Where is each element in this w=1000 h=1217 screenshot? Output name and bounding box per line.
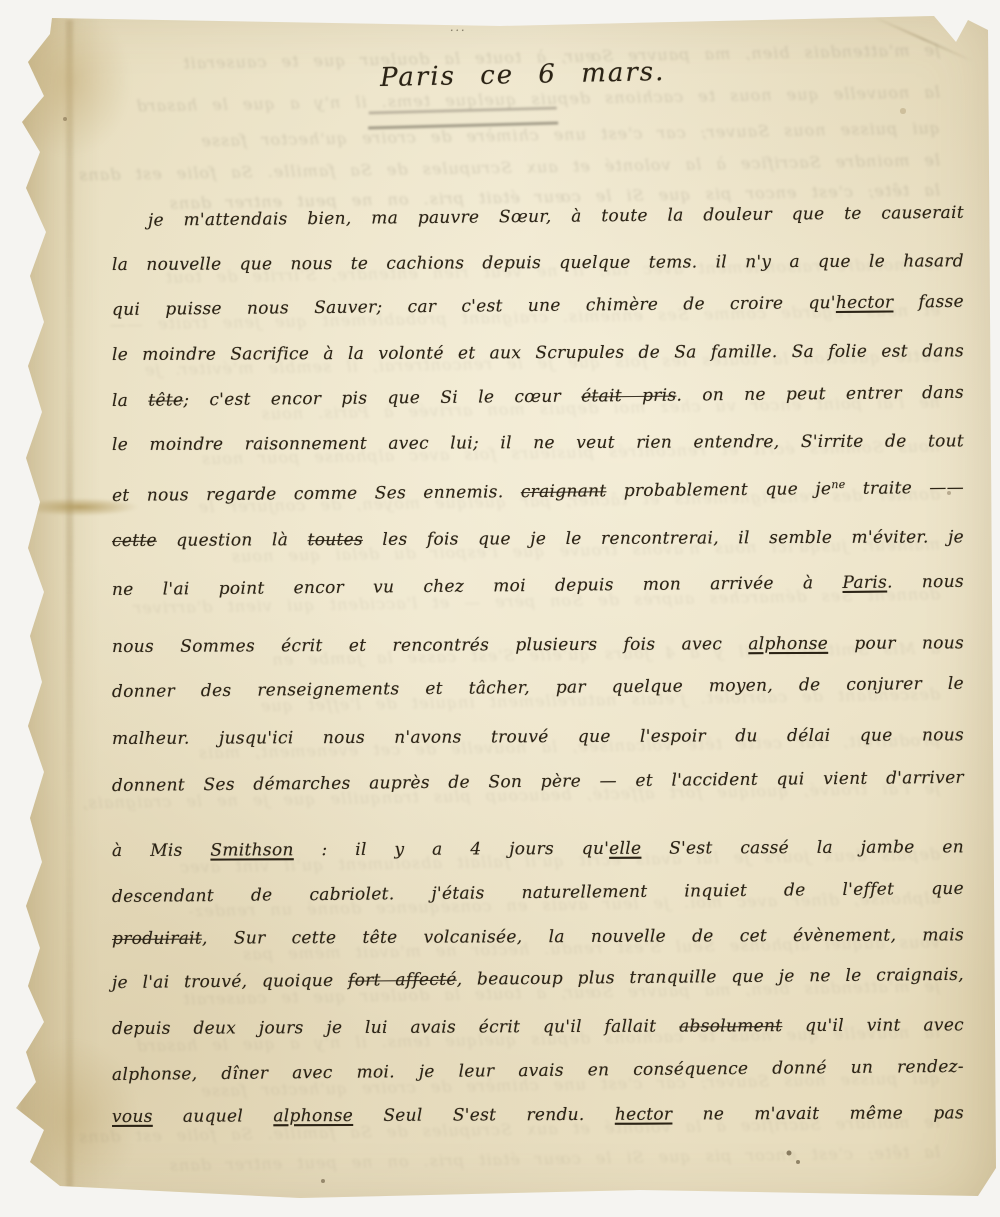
letter-line: je m'attendais bien, ma pauvre Sœur, à t… [112, 200, 964, 238]
letter-text: fasse [893, 292, 964, 313]
bleedthrough-line: la tête; c'est encor pis que Si le cœur … [70, 1142, 940, 1176]
struck-word: tête [148, 390, 183, 410]
letter-line: le moindre raisonnement avec lui; il ne … [112, 428, 964, 462]
letter-text: les fois que je le rencontrerai, il semb… [363, 527, 964, 550]
letter-text: à Mis [112, 841, 211, 861]
letter-text: le moindre raisonnement avec lui; il ne … [112, 431, 964, 455]
letter-text: ne m'avait même pas [672, 1103, 964, 1124]
letter-text: la nouvelle que nous te cachions depuis … [112, 251, 964, 275]
top-dots-mark: ··· [450, 24, 467, 37]
stain-top-left [10, 6, 130, 156]
letter-text: : il y a 4 jours qu' [294, 839, 610, 860]
letter-line: donner des renseignements et tâcher, par… [112, 671, 964, 709]
letter-text: donner des renseignements et tâcher, par… [112, 674, 964, 702]
letter-text: je m'attendais bien, ma pauvre Sœur, à t… [148, 203, 964, 231]
superscript-word: ne [831, 478, 845, 491]
letter-line: vous auquel alphonse Seul S'est rendu. h… [112, 1100, 964, 1134]
letter-line: et nous regarde comme Ses ennemis. craig… [112, 471, 964, 509]
letter-line: qui puisse nous Sauver; car c'est une ch… [112, 289, 964, 327]
letter-text: je l'ai trouvé, quoique [112, 971, 348, 993]
letter-text: ne l'ai point encor vu chez moi depuis m… [112, 573, 843, 600]
letter-line: descendant de cabriolet. j'étais naturel… [112, 876, 964, 914]
letter-text: . on ne peut entrer dans [676, 383, 964, 406]
letter-line: alphonse, dîner avec moi. je leur avais … [112, 1054, 964, 1092]
letter-text: donnent Ses démarches auprès de Son père… [112, 768, 964, 796]
struck-word: produirait [112, 929, 202, 949]
ink-specks [0, 0, 2, 2]
underlined-word: hector [836, 292, 894, 313]
letter-text: auquel [153, 1106, 274, 1127]
letter-text: S'est cassé la jambe en [641, 837, 964, 858]
aged-left-edge [18, 0, 98, 1217]
letter-text: traite —— [845, 478, 964, 499]
struck-word: craignant [521, 481, 607, 502]
struck-word: toutes [308, 530, 364, 550]
struck-word: absolument [679, 1016, 782, 1036]
letter-line: produirait, Sur cette tête volcanisée, l… [112, 922, 964, 956]
letter-text: , beaucoup plus tranquille que je ne le … [457, 965, 964, 990]
letter-dateline: Paris ce 6 mars. [380, 57, 666, 93]
letter-text: , Sur cette tête volcanisée, la nouvelle… [202, 925, 964, 948]
underlined-word: Smithson [210, 840, 293, 860]
bleedthrough-line: le moindre Sacrifice à la volonté et aux… [70, 150, 940, 184]
letter-text: alphonse, dîner avec moi. je leur avais … [112, 1057, 964, 1085]
letter-paper: je m'attendais bien, ma pauvre Sœur, à t… [0, 0, 1000, 1217]
letter-text: la [112, 391, 149, 411]
letter-line: donnent Ses démarches auprès de Son père… [112, 765, 964, 803]
letter-text: qui puisse nous Sauver; car c'est une ch… [112, 293, 836, 320]
underlined-word: elle [609, 839, 641, 859]
underlined-word: Paris [842, 573, 887, 593]
letter-text: . nous [887, 572, 964, 593]
letter-text: Seul S'est rendu. [353, 1105, 615, 1126]
underlined-word: alphonse [748, 634, 828, 654]
struck-word: cette [112, 531, 157, 551]
letter-text: le moindre Sacrifice à la volonté et aux… [112, 341, 964, 365]
letter-line: cette question là toutes les fois que je… [112, 524, 964, 558]
letter-line: nous Sommes écrit et rencontrés plusieur… [112, 630, 964, 664]
scanned-letter-page: { "colors": { "background": "#f5f4f1", "… [0, 0, 1000, 1217]
letter-line: la nouvelle que nous te cachions depuis … [112, 248, 964, 282]
letter-text: pour nous [828, 633, 964, 654]
struck-word: était pris [581, 386, 676, 407]
underlined-word: hector [615, 1105, 673, 1125]
letter-line: ne l'ai point encor vu chez moi depuis m… [112, 569, 964, 607]
letter-line: je l'ai trouvé, quoique fort affecté, be… [112, 962, 964, 1000]
letter-text: nous Sommes écrit et rencontrés plusieur… [112, 634, 748, 657]
letter-text: malheur. jusqu'ici nous n'avons trouvé q… [112, 725, 964, 749]
letter-line: le moindre Sacrifice à la volonté et aux… [112, 338, 964, 372]
letter-line: depuis deux jours je lui avais écrit qu'… [112, 1012, 964, 1046]
underlined-word: alphonse [273, 1106, 353, 1126]
letter-text: depuis deux jours je lui avais écrit qu'… [112, 1017, 679, 1039]
letter-text: descendant de cabriolet. j'étais naturel… [112, 879, 964, 907]
letter-text: et nous regarde comme Ses ennemis. [112, 482, 521, 506]
letter-text: probablement que je [606, 479, 831, 501]
underlined-word: vous [112, 1107, 153, 1127]
crossed-out-smudge [368, 110, 558, 130]
letter-line: la tête; c'est encor pis que Si le cœur … [112, 380, 964, 418]
letter-line: malheur. jusqu'ici nous n'avons trouvé q… [112, 722, 964, 756]
letter-text: qu'il vint avec [782, 1015, 964, 1036]
fold-crease [66, 20, 73, 1190]
corner-crease [872, 16, 973, 63]
letter-text: question là [157, 530, 308, 551]
struck-word: fort affecté [348, 970, 457, 991]
letter-line: à Mis Smithson : il y a 4 jours qu'elle … [112, 834, 964, 868]
letter-text: ; c'est encor pis que Si le cœur [183, 386, 581, 410]
